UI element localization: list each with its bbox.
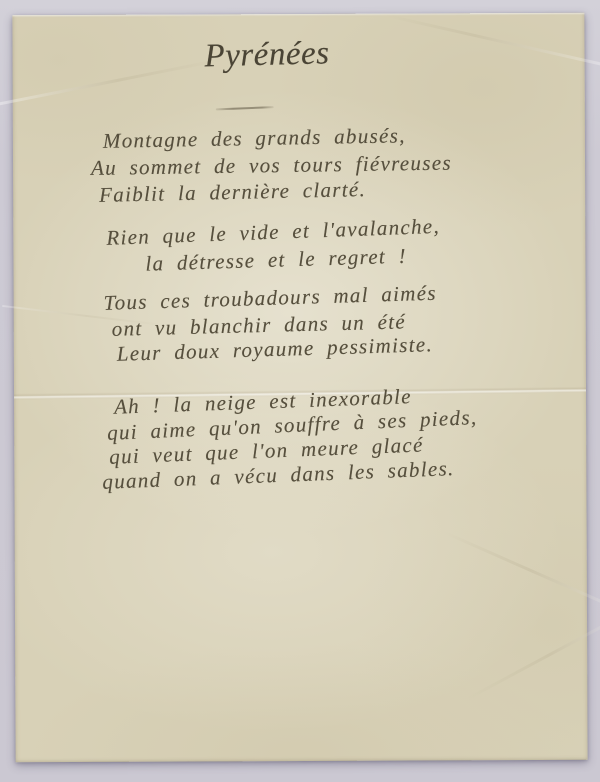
poem-line: Faiblit la dernière clarté. [99, 177, 366, 208]
scan-background: { "page": { "background_color": "#cdcad4… [0, 0, 600, 782]
poem-line: Au sommet de vos tours fiévreuses [91, 151, 452, 181]
stanza-1: Montagne des grands abusés, Au sommet de… [12, 13, 584, 15]
poem-line: Montagne des grands abusés, [103, 123, 406, 154]
stanza-2: Rien que le vide et l'avalanche, la détr… [12, 13, 584, 15]
poem-line: la détresse et le regret ! [145, 244, 407, 277]
poem-body: Montagne des grands abusés, Au sommet de… [12, 13, 587, 762]
manuscript-paper: Pyrénées Montagne des grands abusés, Au … [12, 13, 587, 762]
stanza-3: Tous ces troubadours mal aimés ont vu bl… [12, 13, 584, 15]
stanza-4: Ah ! la neige est inexorable qui aime qu… [12, 13, 584, 15]
